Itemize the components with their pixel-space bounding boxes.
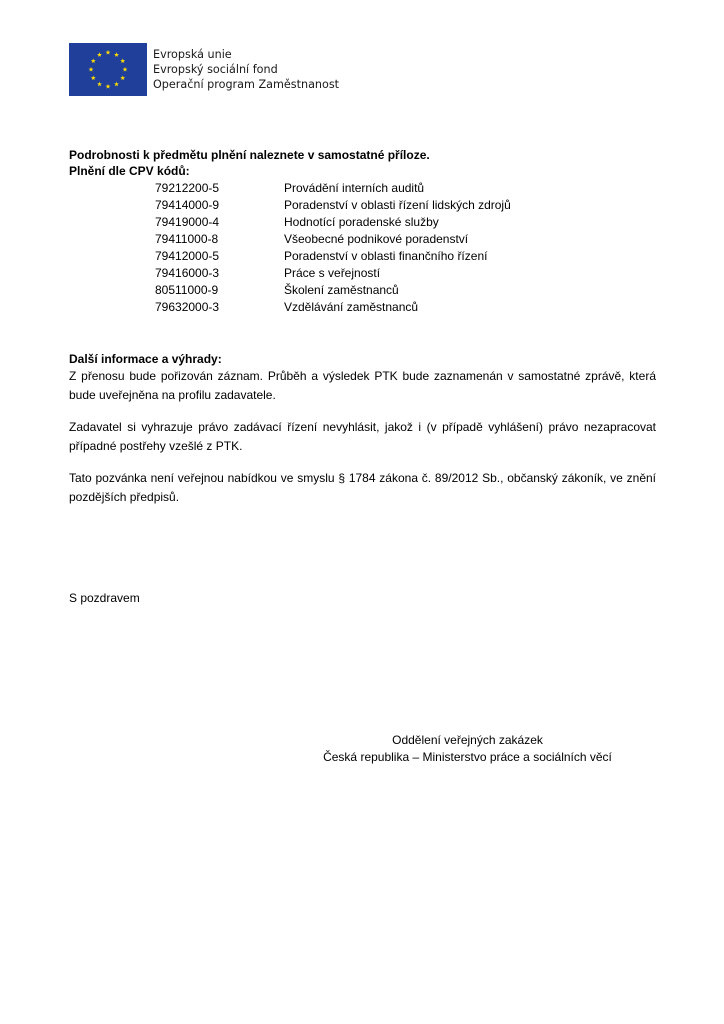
- cpv-code: 79412000-5: [155, 248, 219, 265]
- cpv-code: 79416000-3: [155, 265, 219, 282]
- signature-block: Oddělení veřejných zakázek Česká republi…: [300, 732, 635, 766]
- eu-esf-logo: Evropská unie Evropský sociální fond Ope…: [69, 43, 339, 96]
- cpv-description: Školení zaměstnanců: [284, 282, 399, 299]
- cpv-description: Vzdělávání zaměstnanců: [284, 299, 418, 316]
- legal-disclaimer-paragraph: Tato pozvánka není veřejnou nabídkou ve …: [69, 469, 656, 507]
- logo-line-op: Operační program Zaměstnanost: [153, 77, 339, 92]
- recording-paragraph: Z přenosu bude pořizován záznam. Průběh …: [69, 367, 656, 405]
- cpv-code: 79419000-4: [155, 214, 219, 231]
- signature-department: Oddělení veřejných zakázek: [300, 732, 635, 749]
- cpv-code: 79411000-8: [155, 231, 218, 248]
- cpv-code: 79414000-9: [155, 197, 219, 214]
- cpv-code: 79632000-3: [155, 299, 219, 316]
- cpv-description: Poradenství v oblasti řízení lidských zd…: [284, 197, 511, 214]
- logo-line-eu: Evropská unie: [153, 47, 339, 62]
- logo-text: Evropská unie Evropský sociální fond Ope…: [153, 47, 339, 92]
- document-page: Evropská unie Evropský sociální fond Ope…: [0, 0, 724, 1024]
- cpv-heading: Plnění dle CPV kódů:: [69, 163, 190, 180]
- reservation-paragraph: Zadavatel si vyhrazuje právo zadávací ří…: [69, 418, 656, 456]
- logo-line-esf: Evropský sociální fond: [153, 62, 339, 77]
- cpv-code: 80511000-9: [155, 282, 218, 299]
- cpv-code: 79212200-5: [155, 180, 219, 197]
- further-info-heading: Další informace a výhrady:: [69, 351, 222, 368]
- greeting: S pozdravem: [69, 590, 140, 607]
- cpv-description: Provádění interních auditů: [284, 180, 424, 197]
- cpv-description: Všeobecné podnikové poradenství: [284, 231, 468, 248]
- cpv-description: Hodnotící poradenské služby: [284, 214, 439, 231]
- cpv-description: Práce s veřejností: [284, 265, 380, 282]
- signature-organization: Česká republika – Ministerstvo práce a s…: [300, 749, 635, 766]
- eu-flag-icon: [69, 43, 147, 96]
- cpv-description: Poradenství v oblasti finančního řízení: [284, 248, 487, 265]
- details-note: Podrobnosti k předmětu plnění naleznete …: [69, 147, 430, 164]
